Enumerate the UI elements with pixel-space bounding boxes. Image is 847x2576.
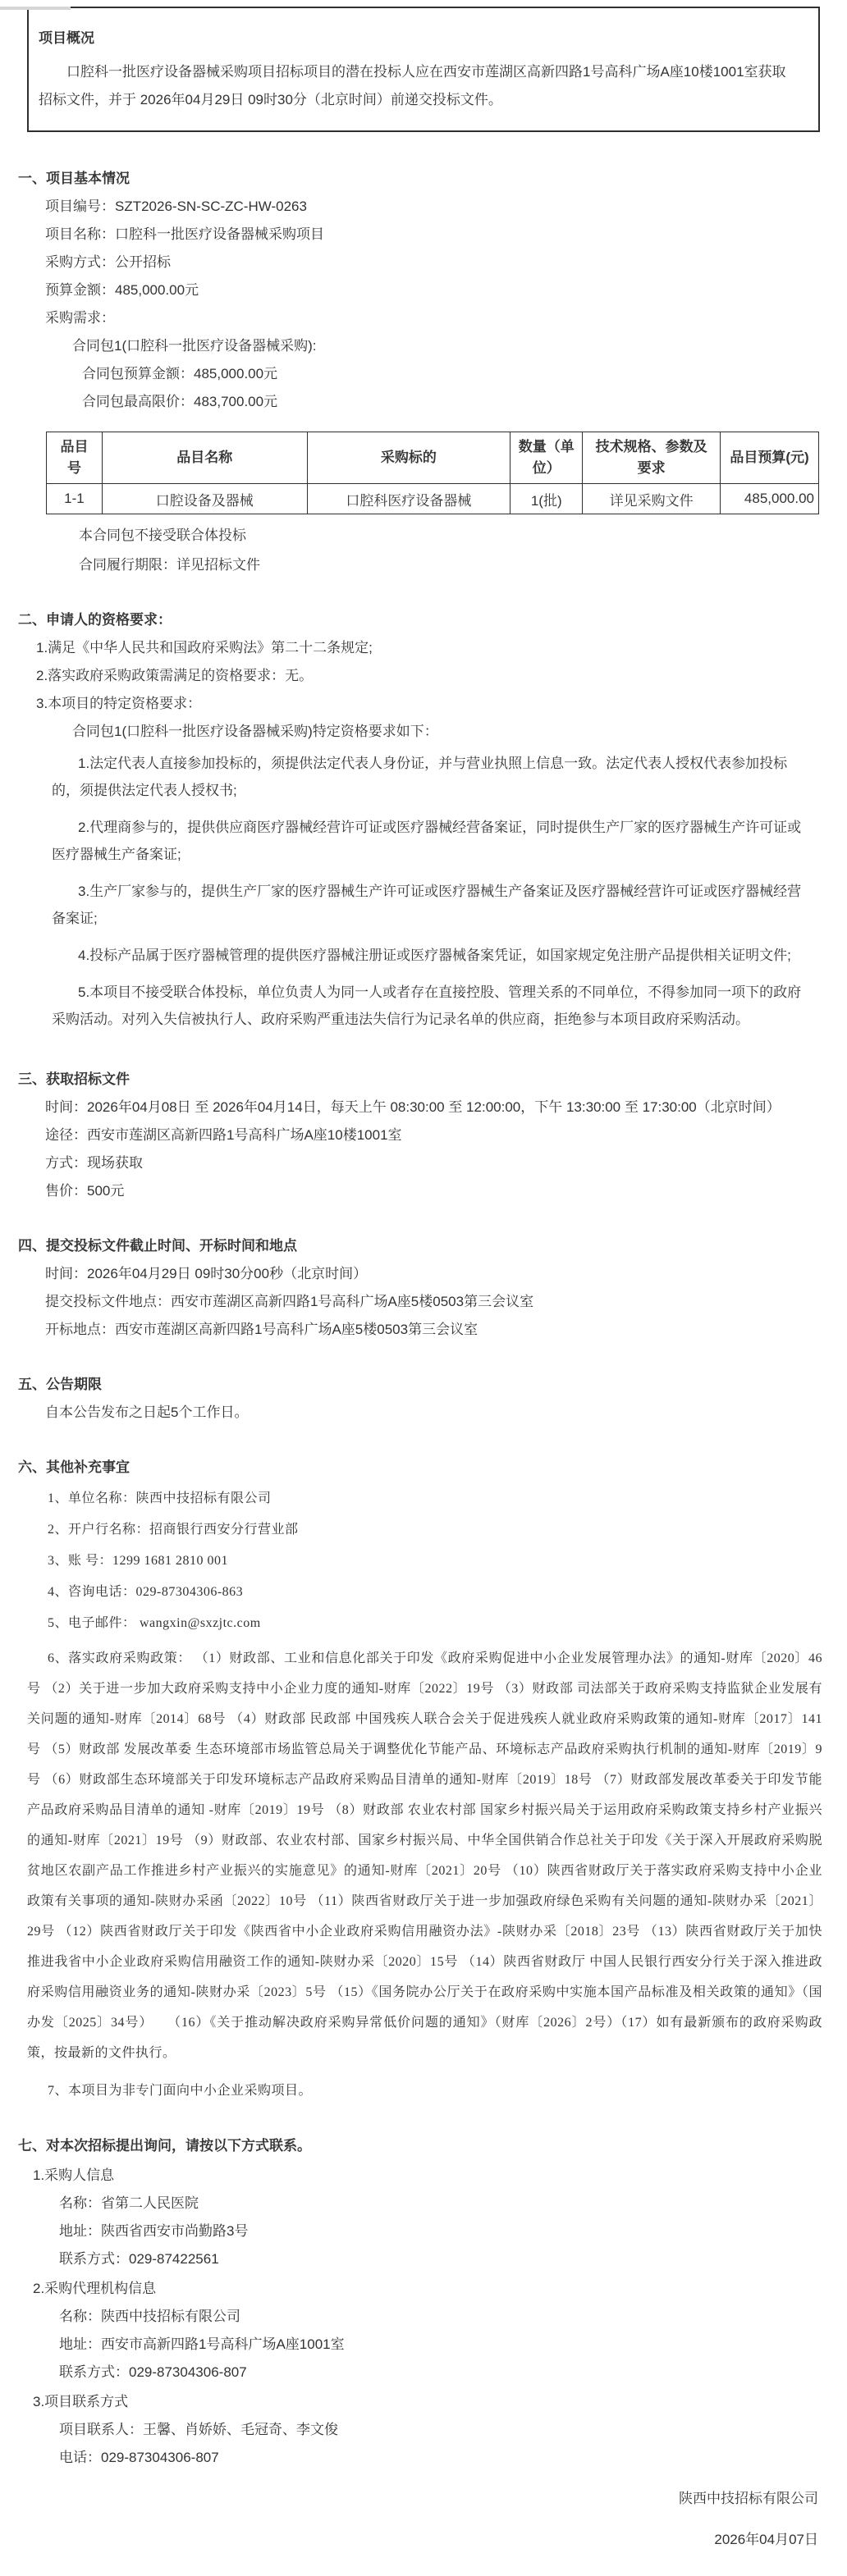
overview-box: 项目概况 口腔科一批医疗设备器械采购项目招标项目的潜在投标人应在西安市莲湖区高新… [27, 7, 820, 132]
obtain-method: 方式：现场获取 [45, 1155, 847, 1172]
section-title-announcement-period: 五、公告期限 [18, 1372, 847, 1393]
top-edge-fragment [0, 7, 71, 10]
section-title-deadline-opening: 四、提交投标文件截止时间、开标时间和地点 [18, 1234, 847, 1254]
agency-name: 名称：陕西中技招标有限公司 [59, 2309, 847, 2325]
cell-specs: 详见采购文件 [583, 484, 721, 514]
specific-requirement-2: 2.代理商参与的，提供供应商医疗器械经营许可证或医疗器械经营备案证，同时提供生产… [52, 814, 802, 868]
supplement-inquiry-phone: 4、咨询电话：029-87304306-863 [48, 1583, 847, 1601]
purchaser-contact: 联系方式：029-87422561 [59, 2251, 847, 2268]
table-header-item-no: 品目号 [47, 432, 103, 484]
bottom-padding [0, 2548, 847, 2576]
supplement-account-number: 3、账 号：1299 1681 2810 001 [48, 1552, 847, 1569]
purchaser-address: 地址：陕西省西安市尚勤路3号 [59, 2223, 847, 2240]
project-contact-phone: 电话：029-87304306-807 [59, 2450, 847, 2466]
cell-item-no: 1-1 [47, 484, 103, 514]
cell-item-budget: 485,000.00 [721, 484, 819, 514]
field-project-number: 项目编号：SZT2026-SN-SC-ZC-HW-0263 [45, 199, 847, 215]
supplement-unit-name: 1、单位名称：陕西中技招标有限公司 [48, 1490, 847, 1507]
section-title-supplementary: 六、其他补充事宜 [18, 1455, 847, 1476]
table-header-row: 品目号 品目名称 采购标的 数量（单位） 技术规格、参数及要求 品目预算(元) [47, 432, 819, 484]
specific-requirement-4: 4.投标产品属于医疗器械管理的提供医疗器械注册证或医疗器械备案凭证，如国家规定免… [52, 942, 802, 969]
table-row: 1-1 口腔设备及器械 口腔科医疗设备器械 1(批) 详见采购文件 485,00… [47, 484, 819, 514]
cell-item-name: 口腔设备及器械 [102, 484, 307, 514]
table-header-item-budget: 品目预算(元) [721, 432, 819, 484]
qualification-item-3: 3.本项目的特定资格要求： [36, 696, 847, 712]
supplement-email: 5、电子邮件： wangxin@sxzjtc.com [48, 1615, 847, 1632]
table-header-quantity: 数量（单位） [510, 432, 583, 484]
obtain-price: 售价：500元 [45, 1183, 847, 1199]
announcement-period-body: 自本公告发布之日起5个工作日。 [45, 1404, 847, 1421]
agency-address: 地址：西安市高新四路1号高科广场A座1001室 [59, 2336, 847, 2353]
supplement-policy-paragraph: 6、落实政府采购政策： （1）财政部、工业和信息化部关于印发《政府采购促进中小企… [27, 1643, 822, 2068]
qualification-item-2: 2.落实政府采购政策需满足的资格要求：无。 [36, 668, 847, 684]
field-package-budget: 合同包预算金额：485,000.00元 [82, 366, 847, 382]
qualification-item-1: 1.满足《中华人民共和国政府采购法》第二十二条规定; [36, 640, 847, 656]
section-title-basic-info: 一、项目基本情况 [18, 167, 847, 187]
cell-subject: 口腔科医疗设备器械 [307, 484, 510, 514]
field-contract-package: 合同包1(口腔科一批医疗设备器械采购): [72, 338, 847, 354]
supplement-sme-note: 7、本项目为非专门面向中小企业采购项目。 [48, 2082, 847, 2099]
purchaser-name: 名称：省第二人民医院 [59, 2195, 847, 2212]
package-qualification-intro: 合同包1(口腔科一批医疗设备器械采购)特定资格要求如下： [72, 724, 847, 740]
specific-requirement-3: 3.生产厂家参与的，提供生产厂家的医疗器械生产许可证或医疗器械生产备案证及医疗器… [52, 878, 802, 932]
footer-company: 陕西中技招标有限公司 [0, 2491, 818, 2507]
cell-quantity: 1(批) [510, 484, 583, 514]
obtain-time: 时间：2026年04月08日 至 2026年04月14日，每天上午 08:30:… [45, 1099, 847, 1116]
items-table: 品目号 品目名称 采购标的 数量（单位） 技术规格、参数及要求 品目预算(元) … [46, 432, 819, 514]
field-package-price-limit: 合同包最高限价：483,700.00元 [82, 394, 847, 410]
section-title-obtain-documents: 三、获取招标文件 [18, 1067, 847, 1088]
table-header-item-name: 品目名称 [102, 432, 307, 484]
overview-title: 项目概况 [39, 26, 794, 47]
field-budget-amount: 预算金额：485,000.00元 [45, 282, 847, 299]
field-procurement-method: 采购方式：公开招标 [45, 254, 847, 271]
submission-place: 提交投标文件地点：西安市莲湖区高新四路1号高科广场A座5楼0503第三会议室 [45, 1294, 847, 1310]
agency-contact: 联系方式：029-87304306-807 [59, 2364, 847, 2381]
supplement-bank-name: 2、开户行名称：招商银行西安分行营业部 [48, 1521, 847, 1538]
project-contact-persons: 项目联系人：王馨、肖娇娇、毛冠奇、李文俊 [59, 2422, 847, 2438]
table-header-subject: 采购标的 [307, 432, 510, 484]
section-title-contact: 七、对本次招标提出询问，请按以下方式联系。 [18, 2134, 847, 2154]
footer-date: 2026年04月07日 [0, 2532, 818, 2548]
overview-body: 口腔科一批医疗设备器械采购项目招标项目的潜在投标人应在西安市莲湖区高新四路1号高… [39, 58, 794, 114]
section-title-qualification: 二、申请人的资格要求： [18, 608, 847, 628]
field-procurement-demand: 采购需求： [45, 310, 847, 327]
opening-place: 开标地点：西安市莲湖区高新四路1号高科广场A座5楼0503第三会议室 [45, 1322, 847, 1338]
obtain-place: 途径：西安市莲湖区高新四路1号高科广场A座10楼1001室 [45, 1127, 847, 1144]
field-project-name: 项目名称：口腔科一批医疗设备器械采购项目 [45, 226, 847, 243]
note-no-consortium: 本合同包不接受联合体投标 [79, 528, 847, 544]
agency-info-title: 2.采购代理机构信息 [33, 2281, 847, 2297]
specific-requirement-5: 5.本项目不接受联合体投标，单位负责人为同一人或者存在直接控股、管理关系的不同单… [52, 979, 802, 1033]
table-header-specs: 技术规格、参数及要求 [583, 432, 721, 484]
note-contract-period: 合同履行期限：详见招标文件 [79, 557, 847, 573]
deadline-time: 时间：2026年04月29日 09时30分00秒（北京时间） [45, 1266, 847, 1282]
specific-requirement-1: 1.法定代表人直接参加投标的，须提供法定代表人身份证，并与营业执照上信息一致。法… [52, 750, 802, 804]
project-contact-title: 3.项目联系方式 [33, 2394, 847, 2410]
purchaser-info-title: 1.采购人信息 [33, 2167, 847, 2184]
announcement-page: { "colors": { "text": "#333333", "border… [0, 7, 847, 2576]
